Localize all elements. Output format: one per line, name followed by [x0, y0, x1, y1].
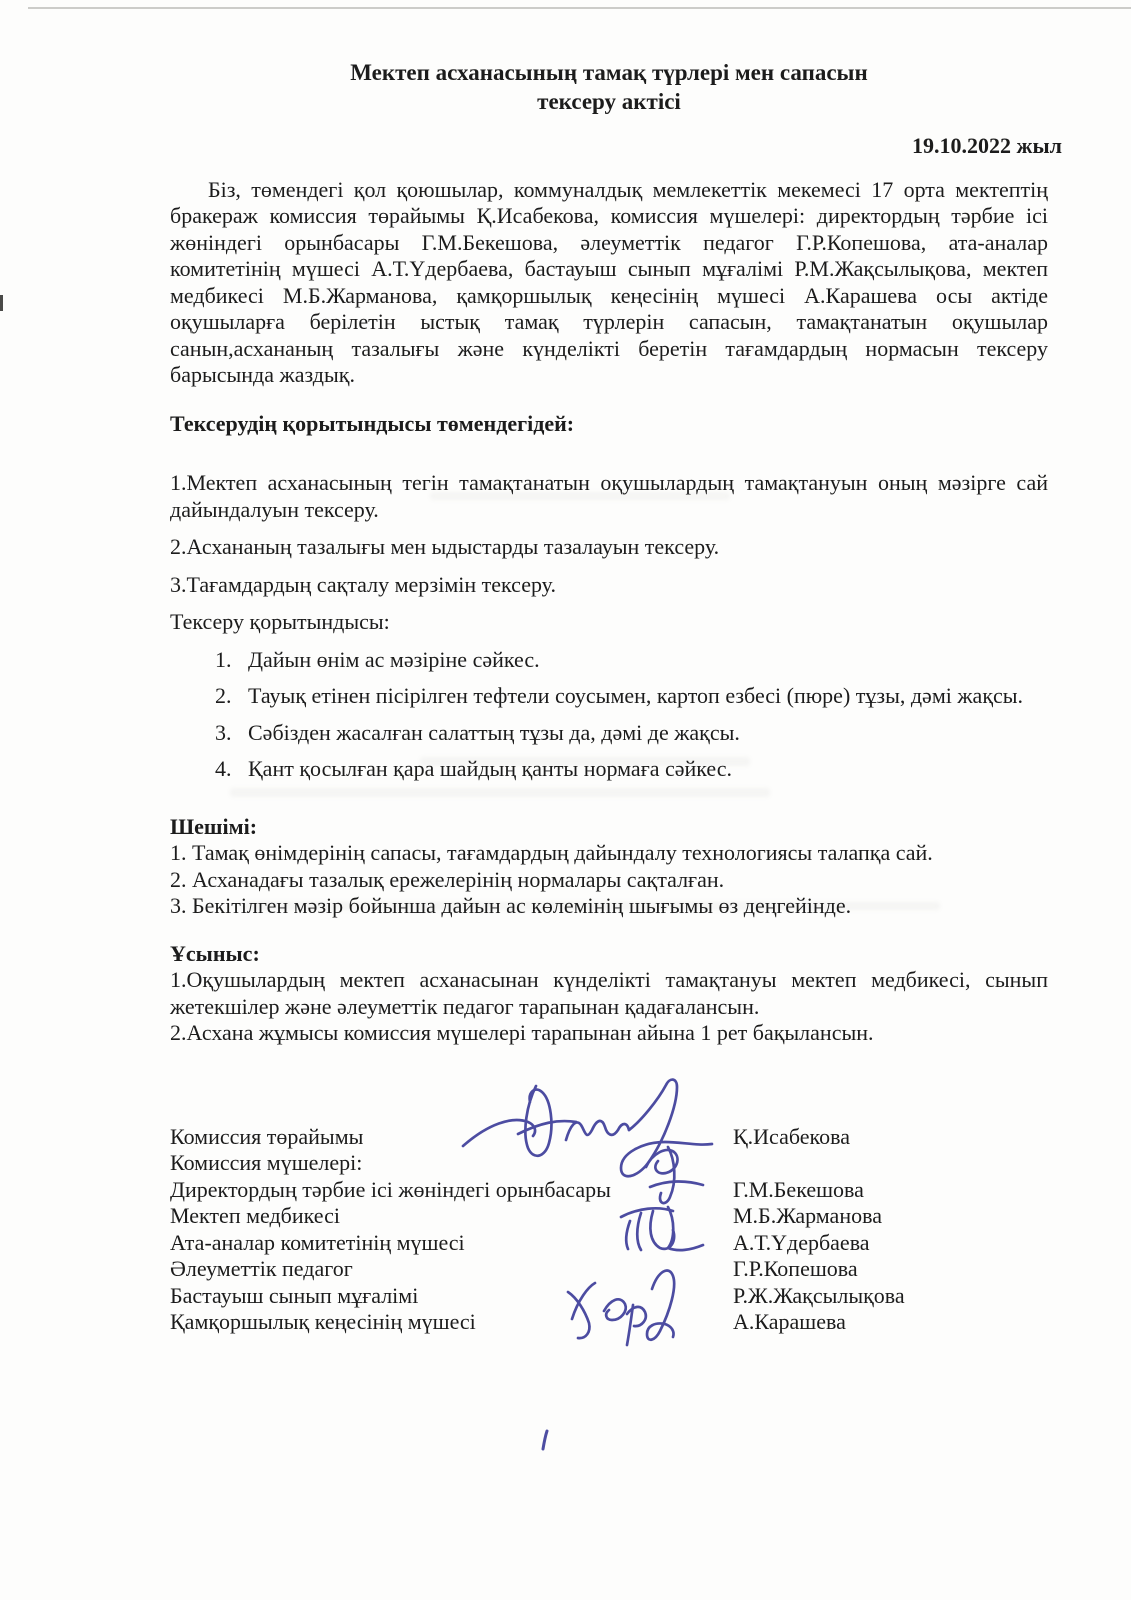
signature-row: Ата-аналар комитетінің мүшесіА.Т.Үдербае…	[170, 1230, 1048, 1257]
signature-name	[733, 1150, 1048, 1177]
signature-role: Бастауыш сынып мұғалімі	[170, 1283, 733, 1310]
findings-heading: Тексерудің қорытындысы төмендегідей:	[170, 411, 1048, 438]
signature-name: Г.Р.Копешова	[733, 1256, 1048, 1283]
signature-name: А.Т.Үдербаева	[733, 1230, 1048, 1257]
signature-name: Р.Ж.Жақсылықова	[733, 1283, 1048, 1310]
suggestion-item: 2.Асхана жұмысы комиссия мүшелері тарапы…	[170, 1020, 1048, 1047]
suggestion-heading: Ұсыныс:	[170, 941, 1048, 968]
item-number: 2.	[215, 683, 248, 710]
signature-role: Комиссия мүшелері:	[170, 1150, 733, 1177]
signature-row: Комиссия төрайымыҚ.Исабекова	[170, 1124, 1048, 1151]
check-result-item: 3.Сәбізден жасалған салаттың тұзы да, дә…	[215, 720, 1048, 747]
signature-role: Директордың тәрбие ісі жөніндегі орынбас…	[170, 1177, 733, 1204]
signature-row: Мектеп медбикесіМ.Б.Жарманова	[170, 1203, 1048, 1230]
check-results-heading: Тексеру қорытындысы:	[170, 609, 1048, 636]
document-title-line2: тексеру актісі	[170, 87, 1048, 116]
check-result-item: 1.Дайын өнім ас мәзіріне сәйкес.	[215, 647, 1048, 674]
item-number: 1.	[215, 647, 248, 674]
signature-name: А.Карашева	[733, 1309, 1048, 1336]
item-text: Қант қосылған қара шайдың қанты нормаға …	[248, 756, 732, 781]
scan-edge-artifact	[0, 295, 3, 311]
signature-name: Қ.Исабекова	[733, 1124, 1048, 1151]
signature-role: Ата-аналар комитетінің мүшесі	[170, 1230, 733, 1257]
signature-role: Комиссия төрайымы	[170, 1124, 733, 1151]
signature-role: Мектеп медбикесі	[170, 1203, 733, 1230]
ink-mark	[543, 1431, 547, 1449]
signature-role: Әлеуметтік педагог	[170, 1256, 733, 1283]
objectives-section: 1.Мектеп асханасының тегін тамақтанатын …	[170, 470, 1048, 636]
signature-row: Комиссия мүшелері:	[170, 1150, 1048, 1177]
decision-item: 3. Бекітілген мәзір бойынша дайын ас көл…	[170, 893, 1048, 920]
item-text: Тауық етінен пісірілген тефтели соусымен…	[248, 683, 1023, 708]
signature-row: Директордың тәрбие ісі жөніндегі орынбас…	[170, 1177, 1048, 1204]
signature-row: Әлеуметтік педагогГ.Р.Копешова	[170, 1256, 1048, 1283]
item-number: 4.	[215, 756, 248, 783]
decision-section: Шешімі: 1. Тамақ өнімдерінің сапасы, тағ…	[170, 814, 1048, 920]
scan-edge-line	[28, 7, 1131, 9]
item-number: 3.	[215, 720, 248, 747]
check-result-item: 2.Тауық етінен пісірілген тефтели соусым…	[215, 683, 1048, 710]
item-text: Дайын өнім ас мәзіріне сәйкес.	[248, 647, 540, 672]
suggestion-item: 1.Оқушылардың мектеп асханасынан күнделі…	[170, 967, 1048, 1020]
document-date: 19.10.2022 жыл	[170, 133, 1062, 160]
signature-role: Қамқоршылық кеңесінің мүшесі	[170, 1309, 733, 1336]
intro-paragraph: Біз, төмендегі қол қоюшылар, коммуналдық…	[170, 177, 1048, 389]
check-results-list: 1.Дайын өнім ас мәзіріне сәйкес. 2.Тауық…	[170, 647, 1048, 783]
scanned-document-page: Мектеп асханасының тамақ түрлері мен сап…	[0, 0, 1131, 1600]
document-title: Мектеп асханасының тамақ түрлері мен сап…	[170, 58, 1048, 116]
signature-row: Бастауыш сынып мұғаліміР.Ж.Жақсылықова	[170, 1283, 1048, 1310]
check-result-item: 4.Қант қосылған қара шайдың қанты нормағ…	[215, 756, 1048, 783]
signature-row: Қамқоршылық кеңесінің мүшесіА.Карашева	[170, 1309, 1048, 1336]
signatures-section: Комиссия төрайымыҚ.Исабекова Комиссия мү…	[170, 1124, 1048, 1336]
objective-item: 3.Тағамдардың сақталу мерзімін тексеру.	[170, 572, 1048, 599]
suggestion-section: Ұсыныс: 1.Оқушылардың мектеп асханасынан…	[170, 941, 1048, 1047]
signature-name: Г.М.Бекешова	[733, 1177, 1048, 1204]
decision-heading: Шешімі:	[170, 814, 1048, 841]
objective-item: 1.Мектеп асханасының тегін тамақтанатын …	[170, 470, 1048, 523]
objective-item: 2.Асхананың тазалығы мен ыдыстарды тазал…	[170, 534, 1048, 561]
document-title-line1: Мектеп асханасының тамақ түрлері мен сап…	[170, 58, 1048, 87]
item-text: Сәбізден жасалған салаттың тұзы да, дәмі…	[248, 720, 740, 745]
decision-item: 2. Асханадағы тазалық ережелерінің норма…	[170, 867, 1048, 894]
decision-item: 1. Тамақ өнімдерінің сапасы, тағамдардың…	[170, 840, 1048, 867]
signature-name: М.Б.Жарманова	[733, 1203, 1048, 1230]
